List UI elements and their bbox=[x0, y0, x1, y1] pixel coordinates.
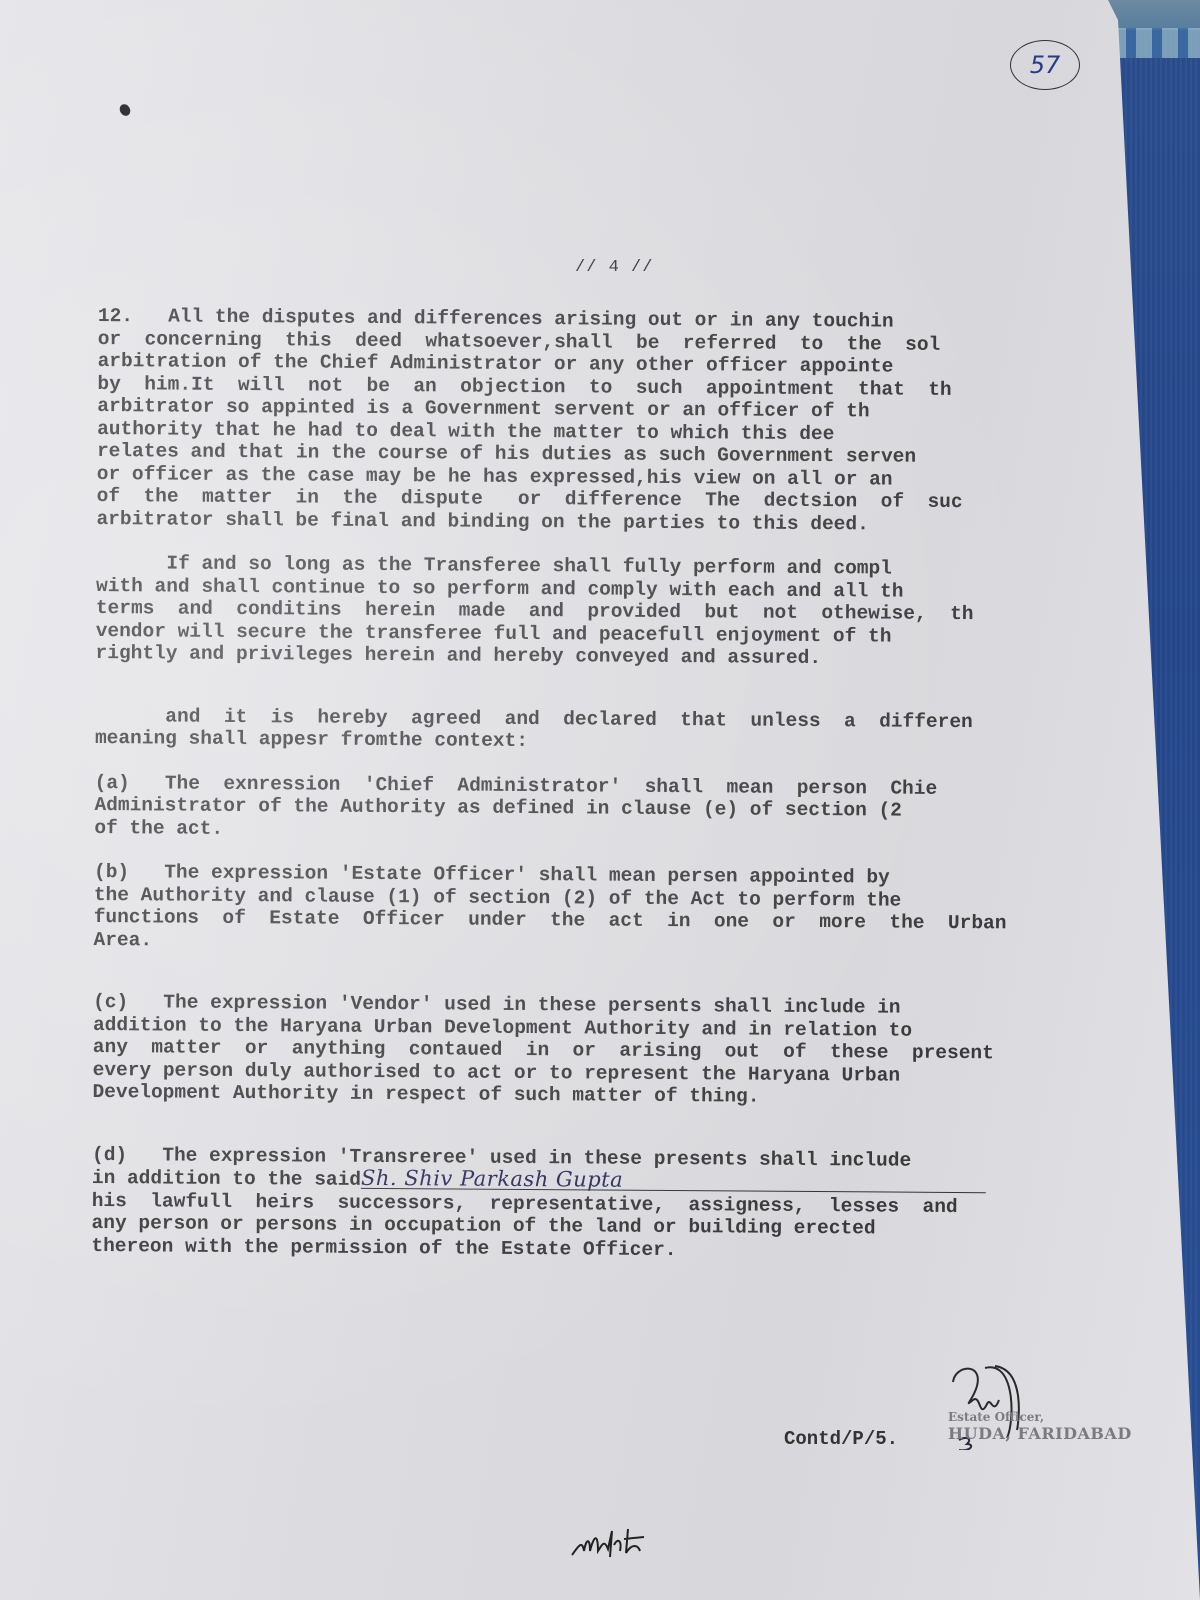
definition-b-line: (b) The expression 'Estate Officer' shal… bbox=[94, 861, 1104, 891]
definition-d-line: in addition to the saidSh. Shiv Parkash … bbox=[92, 1166, 1102, 1197]
definition-c-line: any matter or anything contaued in or ar… bbox=[93, 1036, 1103, 1066]
definition-d-line: thereon with the permission of the Estat… bbox=[91, 1234, 1101, 1264]
handwritten-page-number: 57 bbox=[1010, 40, 1080, 90]
ink-mark bbox=[118, 102, 133, 117]
clause-12-line: authority that he had to deal with the m… bbox=[97, 417, 1107, 447]
definition-a-line: Administrator of the Authority as define… bbox=[94, 794, 1104, 824]
definition-d: (d) The expression 'Transreree' used in … bbox=[91, 1143, 1102, 1264]
definition-b-line: functions of Estate Officer under the ac… bbox=[94, 906, 1104, 936]
definitions-intro: and it is hereby agreed and declared tha… bbox=[95, 704, 1105, 756]
clause-12-line: 12. All the disputes and differences ari… bbox=[98, 305, 1108, 335]
transferee-paragraph: If and so long as the Transferee shall f… bbox=[95, 552, 1106, 672]
initials-signature-icon bbox=[568, 1525, 668, 1565]
definition-c-line: Development Authority in respect of such… bbox=[92, 1081, 1102, 1111]
definition-a: (a) The exnression 'Chief Administrator'… bbox=[94, 771, 1104, 846]
document-page: 57 // 4 // 12. All the disputes and diff… bbox=[0, 0, 1200, 1600]
clause-12-line: arbitrator so appinted is a Government s… bbox=[97, 395, 1107, 425]
clause-12-line: relates and that in the course of his du… bbox=[97, 440, 1107, 470]
transferee-paragraph-line: rightly and privileges herein and hereby… bbox=[95, 642, 1105, 672]
definition-c-line: every person duly authorised to act or t… bbox=[93, 1058, 1103, 1088]
transferee-paragraph-line: with and shall continue to so perform an… bbox=[96, 574, 1106, 604]
cloth-stripe bbox=[1110, 28, 1200, 58]
definition-c-line: addition to the Haryana Urban Developmen… bbox=[93, 1013, 1103, 1043]
continuation-note: Contd/P/5. bbox=[784, 1428, 898, 1450]
transferee-paragraph-line: If and so long as the Transferee shall f… bbox=[96, 552, 1106, 582]
transferee-paragraph-line: vendor will secure the transferee full a… bbox=[96, 619, 1106, 649]
clause-12-line: arbitrator shall be final and binding on… bbox=[96, 507, 1106, 537]
document-body: 12. All the disputes and differences ari… bbox=[91, 305, 1108, 1264]
definition-c: (c) The expression 'Vendor' used in thes… bbox=[92, 991, 1103, 1111]
definition-b-line: the Authority and clause (1) of section … bbox=[94, 883, 1104, 913]
definition-b: (b) The expression 'Estate Officer' shal… bbox=[93, 861, 1104, 958]
definitions-intro-line: and it is hereby agreed and declared tha… bbox=[95, 704, 1105, 734]
page-header: // 4 // bbox=[575, 258, 653, 277]
clause-12-line: arbitration of the Chief Administrator o… bbox=[98, 350, 1108, 380]
definitions-intro-line: meaning shall appesr fromthe context: bbox=[95, 727, 1105, 757]
handwritten-transferee-name: Sh. Shiv Parkash Gupta bbox=[361, 1168, 986, 1193]
definition-b-line: Area. bbox=[93, 928, 1103, 958]
definition-d-line: (d) The expression 'Transreree' used in … bbox=[92, 1143, 1102, 1173]
clause-12-line: or officer as the case may be he has exp… bbox=[97, 462, 1107, 492]
clause-12-line: by him.It will not be an objection to su… bbox=[97, 372, 1107, 402]
clause-12-line: or concerning this deed whatsoever,shall… bbox=[98, 327, 1108, 357]
definition-c-line: (c) The expression 'Vendor' used in thes… bbox=[93, 991, 1103, 1021]
clause-12: 12. All the disputes and differences ari… bbox=[96, 305, 1108, 537]
definition-d-line: his lawfull heirs successors, representa… bbox=[92, 1189, 1102, 1219]
definition-d-line: any person or persons in occupation of t… bbox=[92, 1212, 1102, 1242]
definition-a-line: (a) The exnression 'Chief Administrator'… bbox=[95, 771, 1105, 801]
transferee-paragraph-line: terms and conditins herein made and prov… bbox=[96, 597, 1106, 627]
clause-12-line: of the matter in the dispute or differen… bbox=[97, 485, 1107, 515]
signature-icon bbox=[945, 1360, 1055, 1450]
definition-a-line: of the act. bbox=[94, 816, 1104, 846]
estate-officer-stamp: Estate Officer, HUDA, FARIDABAD bbox=[948, 1410, 1132, 1443]
